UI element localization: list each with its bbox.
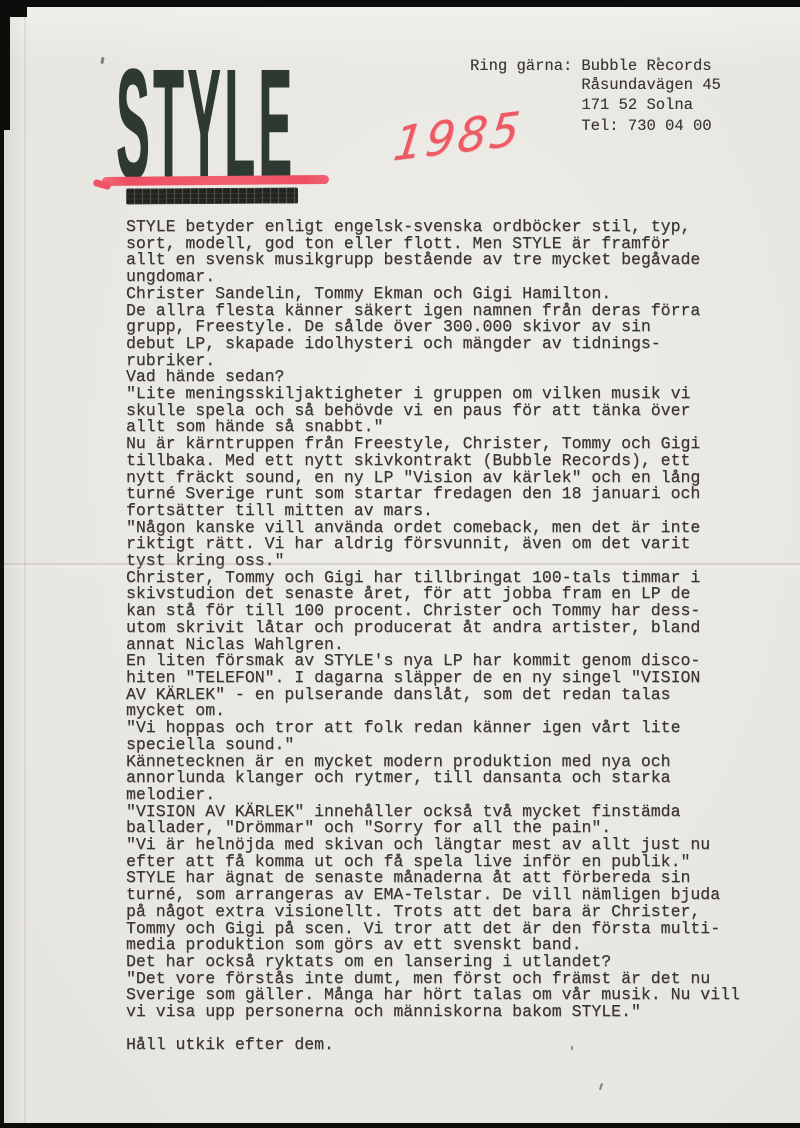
contact-address: Bubble Records Råsundavägen 45 171 52 So…: [581, 57, 721, 115]
paper-crease-horizontal: [4, 563, 800, 565]
logo-red-marker-underline: [102, 175, 329, 186]
scan-edge-strip: [0, 0, 10, 130]
scan-speck: [100, 57, 104, 64]
paper-crease-vertical: [24, 7, 26, 1123]
contact-column: Bubble Records Råsundavägen 45 171 52 So…: [581, 57, 721, 136]
paper: STYLE Ring gärna: Bubble Records Råsunda…: [4, 7, 800, 1123]
scan-speck: [599, 1083, 603, 1090]
scan-speck: [657, 57, 660, 61]
scan-frame: STYLE Ring gärna: Bubble Records Råsunda…: [0, 0, 800, 1128]
handwritten-year: 1985: [391, 101, 526, 172]
style-logo: STYLE: [116, 34, 316, 184]
scan-speck: [571, 1046, 573, 1050]
logo-black-bar: [126, 188, 298, 205]
contact-phone: Tel: 730 04 00: [581, 117, 721, 136]
contact-label: Ring gärna:: [470, 57, 572, 76]
typed-body-text: STYLE betyder enligt engelsk-svenska ord…: [126, 219, 740, 1054]
